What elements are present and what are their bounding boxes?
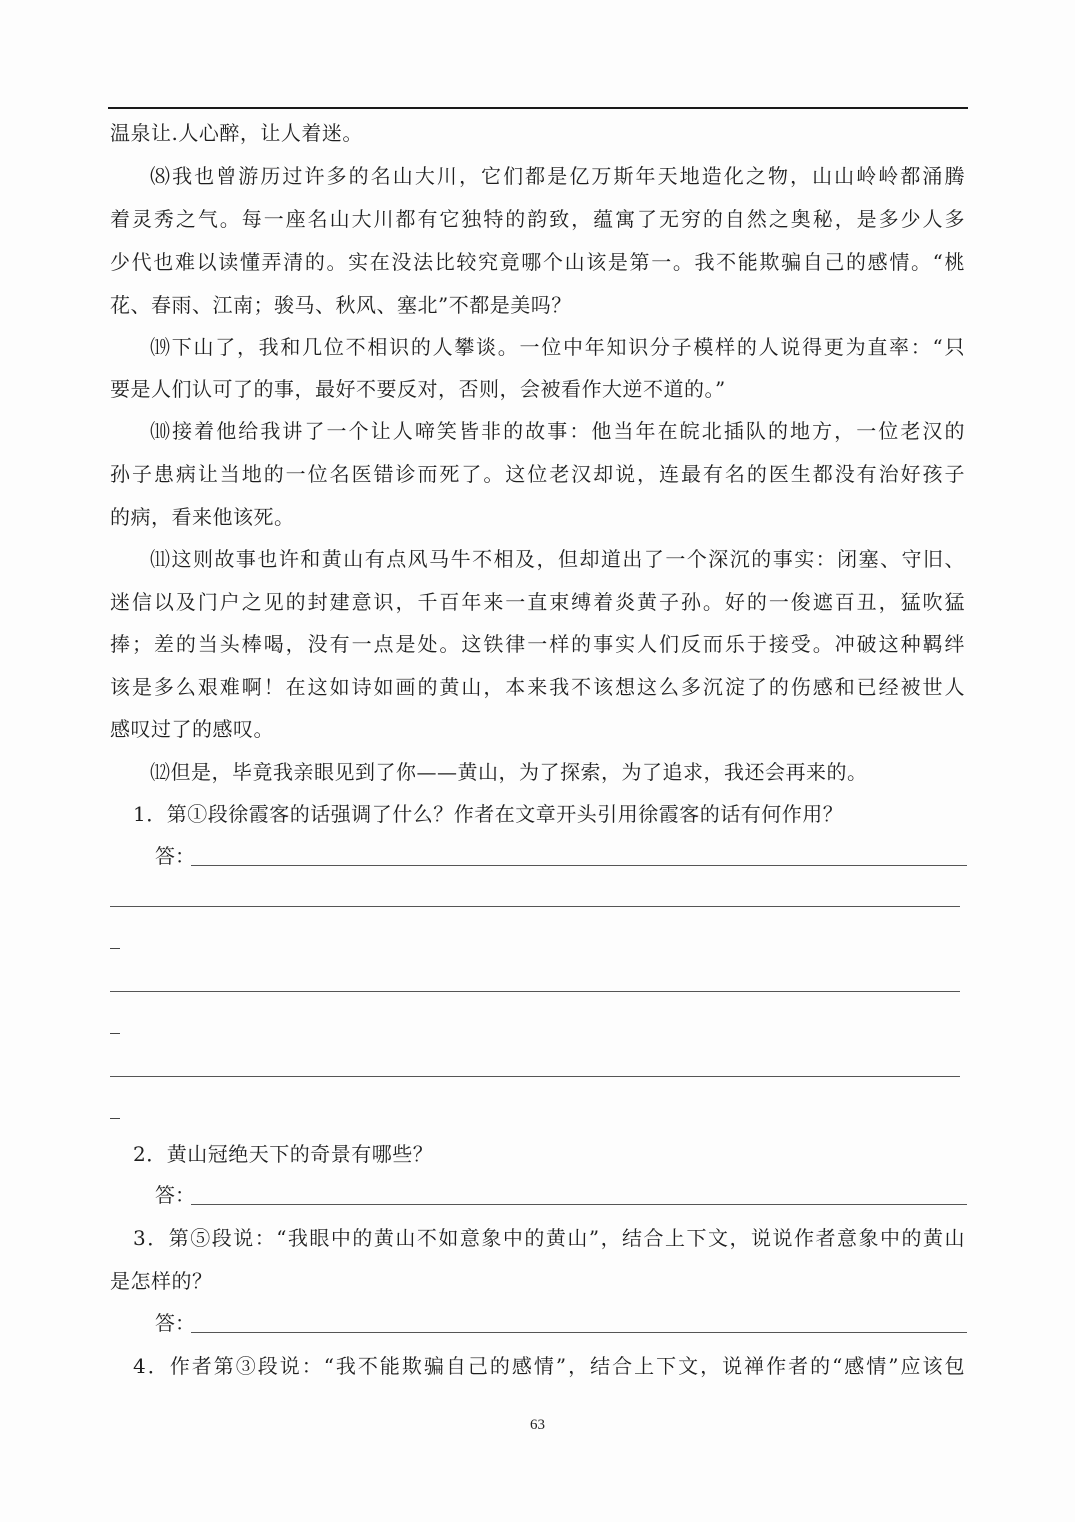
passage-line: 该是多么艰难啊！在这如诗如画的黄山，本来我不该想这么多沉淀了的伤感和已经被世人 — [110, 674, 965, 700]
question-4: 4．作者第③段说：“我不能欺骗自己的感情”，结合上下文，说禅作者的“感情”应该包 — [133, 1353, 965, 1379]
passage-line: 要是人们认可了的事，最好不要反对，否则，会被看作大逆不道的。” — [110, 376, 970, 402]
answer-row-2: 答： — [155, 1182, 967, 1208]
answer-row-1: 答： — [155, 843, 967, 869]
answer-label: 答： — [155, 1310, 195, 1336]
dash-mark — [110, 1033, 120, 1034]
passage-line: 的病，看来他该死。 — [110, 504, 970, 530]
paragraph-12: ⑿但是，毕竟我亲眼见到了你——黄山，为了探索，为了追求，我还会再来的。 — [150, 759, 965, 785]
passage-line: 捧；差的当头棒喝，没有一点是处。这铁律一样的事实人们反而乐于接受。冲破这种羁绊 — [110, 631, 965, 657]
page-number: 63 — [0, 1417, 1075, 1434]
passage-line: 花、春雨、江南；骏马、秋风、塞北”不都是美吗？ — [110, 292, 970, 318]
passage-line: 少代也难以读懂弄清的。实在没法比较究竟哪个山该是第一。我不能欺骗自己的感情。“桃 — [110, 249, 965, 275]
answer-row-3: 答： — [155, 1310, 967, 1336]
passage-line: 温泉让.人心醉，让人着迷。 — [110, 120, 970, 146]
dash-mark — [110, 948, 120, 949]
question-2: 2．黄山冠绝天下的奇景有哪些？ — [133, 1141, 993, 1167]
question-3: 3．第⑤段说：“我眼中的黄山不如意象中的黄山”，结合上下文，说说作者意象中的黄山 — [133, 1225, 965, 1251]
document-page: 温泉让.人心醉，让人着迷。 ⑻我也曾游历过许多的名山大川，它们都是亿万斯年天地造… — [0, 0, 1075, 1522]
answer-blank-line[interactable] — [110, 906, 960, 907]
passage-line: 着灵秀之气。每一座名山大川都有它独特的韵致，蕴寓了无穷的自然之奥秘，是多少人多 — [110, 206, 965, 232]
passage-line: 迷信以及门户之见的封建意识，千百年来一直束缚着炎黄子孙。好的一俊遮百丑，猛吹猛 — [110, 589, 965, 615]
question-3-continued: 是怎样的？ — [110, 1268, 970, 1294]
question-1: 1．第①段徐霞客的话强调了什么？作者在文章开头引用徐霞客的话有何作用？ — [133, 801, 993, 827]
dash-mark — [110, 1118, 120, 1119]
paragraph-10: ⑽接着他给我讲了一个让人啼笑皆非的故事：他当年在皖北插队的地方，一位老汉的 — [150, 418, 965, 444]
passage-line: 孙子患病让当地的一位名医错诊而死了。这位老汉却说，连最有名的医生都没有治好孩子 — [110, 461, 965, 487]
answer-field-1[interactable] — [191, 865, 967, 866]
paragraph-19: ⒆下山了，我和几位不相识的人攀谈。一位中年知识分子模样的人说得更为直率：“只 — [150, 334, 965, 360]
answer-blank-line[interactable] — [110, 991, 960, 992]
answer-label: 答： — [155, 843, 195, 869]
answer-field-3[interactable] — [191, 1332, 967, 1333]
answer-label: 答： — [155, 1182, 195, 1208]
header-rule — [108, 107, 968, 109]
answer-field-2[interactable] — [191, 1204, 967, 1205]
answer-blank-line[interactable] — [110, 1076, 960, 1077]
paragraph-8: ⑻我也曾游历过许多的名山大川，它们都是亿万斯年天地造化之物，山山岭岭都涌腾 — [150, 163, 965, 189]
paragraph-11: ⑾这则故事也许和黄山有点风马牛不相及，但却道出了一个深沉的事实：闭塞、守旧、 — [150, 546, 965, 572]
passage-line: 感叹过了的感叹。 — [110, 716, 970, 742]
